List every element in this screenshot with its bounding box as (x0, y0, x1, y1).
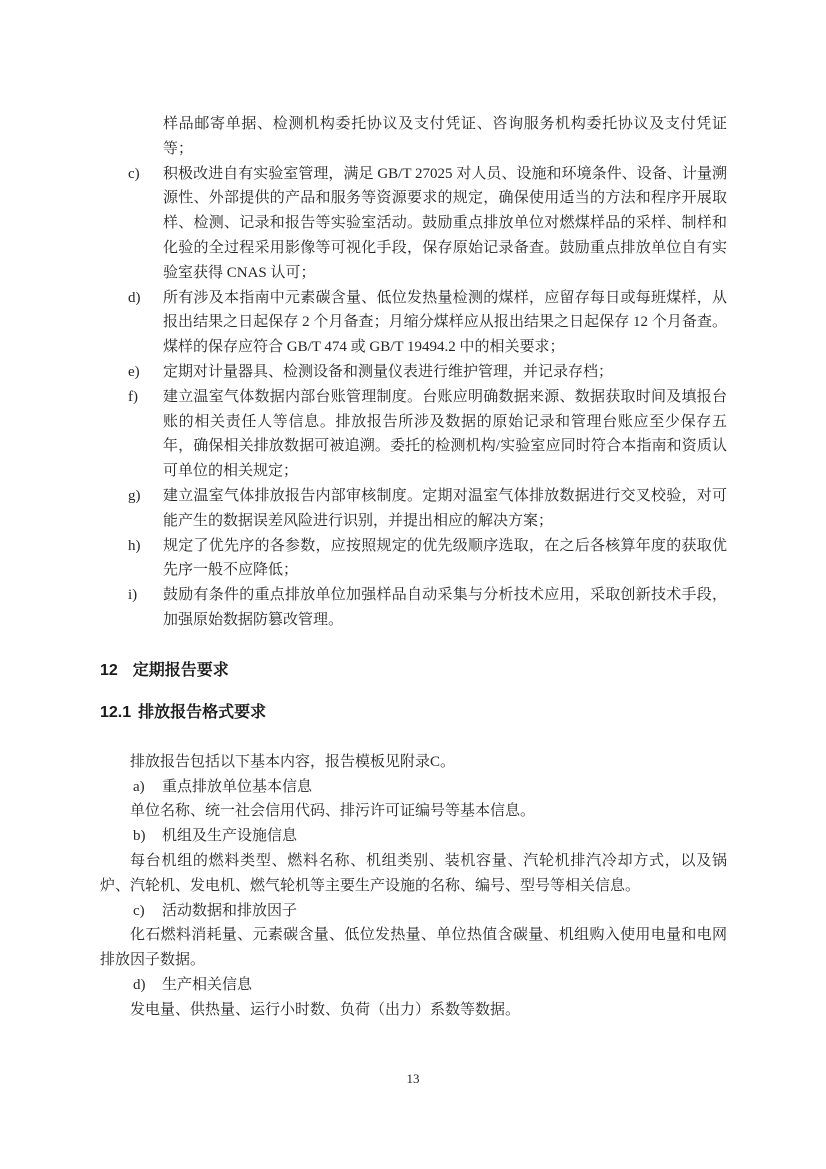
subsection-number: 12.1 (100, 704, 131, 721)
report-item-label: c) (133, 899, 162, 924)
report-content-item: b)机组及生产设施信息 每台机组的燃料类型、燃料名称、机组类别、装机容量、汽轮机… (100, 824, 727, 898)
list-item-text: 定期对计量器具、检测设备和测量仪表进行维护管理，并记录存档； (163, 360, 727, 385)
section-number: 12 (100, 662, 118, 679)
document-page: 样品邮寄单据、检测机构委托协议及支付凭证、咨询服务机构委托协议及支付凭证等； c… (0, 0, 826, 1169)
report-item-title: 机组及生产设施信息 (162, 828, 297, 844)
list-item: e) 定期对计量器具、检测设备和测量仪表进行维护管理，并记录存档； (100, 360, 727, 385)
list-item-label: c) (128, 162, 163, 187)
report-content-item: a)重点排放单位基本信息 单位名称、统一社会信用代码、排污许可证编号等基本信息。 (100, 775, 727, 825)
report-item-label: d) (133, 973, 162, 998)
list-item-text: 规定了优先序的各参数，应按照规定的优先级顺序选取，在之后各核算年度的获取优先序一… (163, 534, 727, 584)
list-item-label: g) (128, 484, 163, 509)
list-item-text: 鼓励有条件的重点排放单位加强样品自动采集与分析技术应用，采取创新技术手段，加强原… (163, 583, 727, 633)
report-item-title: 重点排放单位基本信息 (162, 779, 312, 795)
report-item-description: 发电量、供热量、运行小时数、负荷（出力）系数等数据。 (100, 998, 727, 1023)
page-content: 样品邮寄单据、检测机构委托协议及支付凭证、咨询服务机构委托协议及支付凭证等； c… (100, 0, 727, 1023)
report-item-description: 单位名称、统一社会信用代码、排污许可证编号等基本信息。 (100, 799, 727, 824)
report-item-description: 每台机组的燃料类型、燃料名称、机组类别、装机容量、汽轮机排汽冷却方式，以及锅炉、… (100, 849, 727, 899)
list-item-text: 建立温室气体数据内部台账管理制度。台账应明确数据来源、数据获取时间及填报台账的相… (163, 385, 727, 484)
report-content-item: c)活动数据和排放因子 化石燃料消耗量、元素碳含量、低位发热量、单位热值含碳量、… (100, 899, 727, 973)
report-content-intro-paragraph: 排放报告包括以下基本内容，报告模板见附录C。 (100, 750, 727, 775)
list-item: i) 鼓励有条件的重点排放单位加强样品自动采集与分析技术应用，采取创新技术手段，… (100, 583, 727, 633)
list-item-text: 所有涉及本指南中元素碳含量、低位发热量检测的煤样，应留存每日或每班煤样，从报出结… (163, 286, 727, 360)
data-quality-requirement-list: c) 积极改进自有实验室管理，满足 GB/T 27025 对人员、设施和环境条件… (100, 162, 727, 633)
page-number: 13 (0, 1071, 826, 1087)
report-item-label: a) (133, 775, 162, 800)
report-content-item: d)生产相关信息 发电量、供热量、运行小时数、负荷（出力）系数等数据。 (100, 973, 727, 1023)
report-item-title-line: a)重点排放单位基本信息 (133, 775, 727, 800)
report-item-label: b) (133, 824, 162, 849)
list-item: f) 建立温室气体数据内部台账管理制度。台账应明确数据来源、数据获取时间及填报台… (100, 385, 727, 484)
report-item-title-line: c)活动数据和排放因子 (133, 899, 727, 924)
list-item-b-continuation-text: 样品邮寄单据、检测机构委托协议及支付凭证、咨询服务机构委托协议及支付凭证等； (163, 112, 727, 162)
report-item-title: 生产相关信息 (162, 977, 252, 993)
list-item: c) 积极改进自有实验室管理，满足 GB/T 27025 对人员、设施和环境条件… (100, 162, 727, 286)
list-item-label: i) (128, 583, 163, 608)
list-item-text: 积极改进自有实验室管理，满足 GB/T 27025 对人员、设施和环境条件、设备… (163, 162, 727, 286)
list-item: h) 规定了优先序的各参数，应按照规定的优先级顺序选取，在之后各核算年度的获取优… (100, 534, 727, 584)
list-item-label: e) (128, 360, 163, 385)
list-item: d) 所有涉及本指南中元素碳含量、低位发热量检测的煤样，应留存每日或每班煤样，从… (100, 286, 727, 360)
report-item-title: 活动数据和排放因子 (162, 903, 297, 919)
list-item: g) 建立温室气体排放报告内部审核制度。定期对温室气体排放数据进行交叉校验，对可… (100, 484, 727, 534)
section-heading: 12定期报告要求 (100, 660, 727, 682)
list-item-text: 建立温室气体排放报告内部审核制度。定期对温室气体排放数据进行交叉校验，对可能产生… (163, 484, 727, 534)
subsection-heading: 12.1排放报告格式要求 (100, 702, 727, 724)
report-item-title-line: b)机组及生产设施信息 (133, 824, 727, 849)
report-item-title-line: d)生产相关信息 (133, 973, 727, 998)
list-item-label: d) (128, 286, 163, 311)
report-item-description: 化石燃料消耗量、元素碳含量、低位发热量、单位热值含碳量、机组购入使用电量和电网排… (100, 923, 727, 973)
list-item-label: f) (128, 385, 163, 410)
subsection-title: 排放报告格式要求 (138, 704, 266, 721)
list-item-label: h) (128, 534, 163, 559)
section-title: 定期报告要求 (133, 662, 229, 679)
